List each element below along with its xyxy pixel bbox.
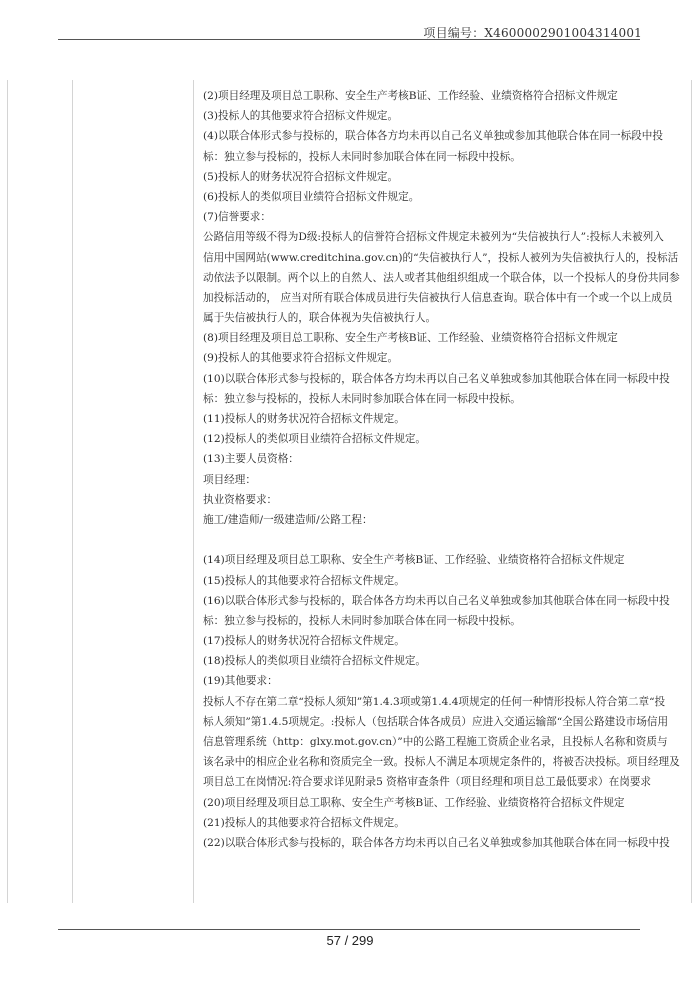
content-line: 该名录中的相应企业名称和资质完全一致。投标人不满足本项规定条件的，将被否决投标。… bbox=[203, 752, 683, 772]
table-border-left bbox=[7, 80, 8, 903]
content-line: 标人须知”第1.4.5项规定。:投标人（包括联合体各成员）应进入交通运输部“全国… bbox=[203, 712, 683, 732]
content-line: 信息管理系统（http：glxy.mot.gov.cn）”中的公路工程施工资质企… bbox=[203, 732, 683, 752]
content-line: 标：独立参与投标的，投标人未同时参加联合体在同一标段中投标。 bbox=[203, 611, 683, 631]
content-line: 项目经理： bbox=[203, 470, 683, 490]
content-line: (9)投标人的其他要求符合招标文件规定。 bbox=[203, 348, 683, 368]
content-line: (15)投标人的其他要求符合招标文件规定。 bbox=[203, 571, 683, 591]
table-column-divider-2 bbox=[193, 80, 194, 903]
content-line: 信用中国网站(www.creditchina.gov.cn)的“失信被执行人”，… bbox=[203, 248, 683, 268]
content-line: (21)投标人的其他要求符合招标文件规定。 bbox=[203, 813, 683, 833]
content-line: (2)项目经理及项目总工职称、安全生产考核B证、工作经验、业绩资格符合招标文件规… bbox=[203, 86, 683, 106]
content-line: 施工/建造师/一级建造师/公路工程： bbox=[203, 510, 683, 530]
content-line: 项目总工在岗情况:符合要求详见附录5 资格审查条件（项目经理和项目总工最低要求）… bbox=[203, 772, 683, 792]
content-line: (14)项目经理及项目总工职称、安全生产考核B证、工作经验、业绩资格符合招标文件… bbox=[203, 550, 683, 570]
content-line: (7)信誉要求： bbox=[203, 207, 683, 227]
content-line: (4)以联合体形式参与投标的，联合体各方均未再以自己名义单独或参加其他联合体在同… bbox=[203, 126, 683, 146]
content-line: 动依法予以限制。两个以上的自然人、法人或者其他组织组成一个联合体，以一个投标人的… bbox=[203, 268, 683, 288]
content-line: (11)投标人的财务状况符合招标文件规定。 bbox=[203, 409, 683, 429]
content-line: (5)投标人的财务状况符合招标文件规定。 bbox=[203, 167, 683, 187]
content-line: (3)投标人的其他要求符合招标文件规定。 bbox=[203, 106, 683, 126]
content-line: (18)投标人的类似项目业绩符合招标文件规定。 bbox=[203, 651, 683, 671]
content-line: (17)投标人的财务状况符合招标文件规定。 bbox=[203, 631, 683, 651]
content-line: (16)以联合体形式参与投标的，联合体各方均未再以自己名义单独或参加其他联合体在… bbox=[203, 591, 683, 611]
content-line: (22)以联合体形式参与投标的，联合体各方均未再以自己名义单独或参加其他联合体在… bbox=[203, 833, 683, 853]
footer-divider bbox=[58, 929, 640, 930]
content-line: (8)项目经理及项目总工职称、安全生产考核B证、工作经验、业绩资格符合招标文件规… bbox=[203, 328, 683, 348]
content-line: (12)投标人的类似项目业绩符合招标文件规定。 bbox=[203, 429, 683, 449]
content-line: 标：独立参与投标的，投标人未同时参加联合体在同一标段中投标。 bbox=[203, 147, 683, 167]
content-line bbox=[203, 530, 683, 550]
content-line: 加投标活动的， 应当对所有联合体成员进行失信被执行人信息查询。联合体中有一个或一… bbox=[203, 288, 683, 308]
content-line: (13)主要人员资格： bbox=[203, 449, 683, 469]
content-line: (19)其他要求： bbox=[203, 671, 683, 691]
requirements-cell: (2)项目经理及项目总工职称、安全生产考核B证、工作经验、业绩资格符合招标文件规… bbox=[203, 86, 683, 853]
content-line: (10)以联合体形式参与投标的，联合体各方均未再以自己名义单独或参加其他联合体在… bbox=[203, 369, 683, 389]
content-line: 投标人不存在第二章“投标人须知”第1.4.3项或第1.4.4项规定的任何一种情形… bbox=[203, 692, 683, 712]
table-column-divider-1 bbox=[72, 80, 73, 903]
content-line: 执业资格要求： bbox=[203, 490, 683, 510]
content-line: 属于失信被执行人的，联合体视为失信被执行人。 bbox=[203, 308, 683, 328]
table-border-right bbox=[691, 80, 692, 903]
header-divider bbox=[58, 39, 640, 40]
content-line: (6)投标人的类似项目业绩符合招标文件规定。 bbox=[203, 187, 683, 207]
content-line: 标：独立参与投标的，投标人未同时参加联合体在同一标段中投标。 bbox=[203, 389, 683, 409]
content-line: 公路信用等级不得为D级:投标人的信誉符合招标文件规定未被列为“失信被执行人”:投… bbox=[203, 227, 683, 247]
page-indicator: 57 / 299 bbox=[0, 933, 700, 948]
content-line: (20)项目经理及项目总工职称、安全生产考核B证、工作经验、业绩资格符合招标文件… bbox=[203, 793, 683, 813]
